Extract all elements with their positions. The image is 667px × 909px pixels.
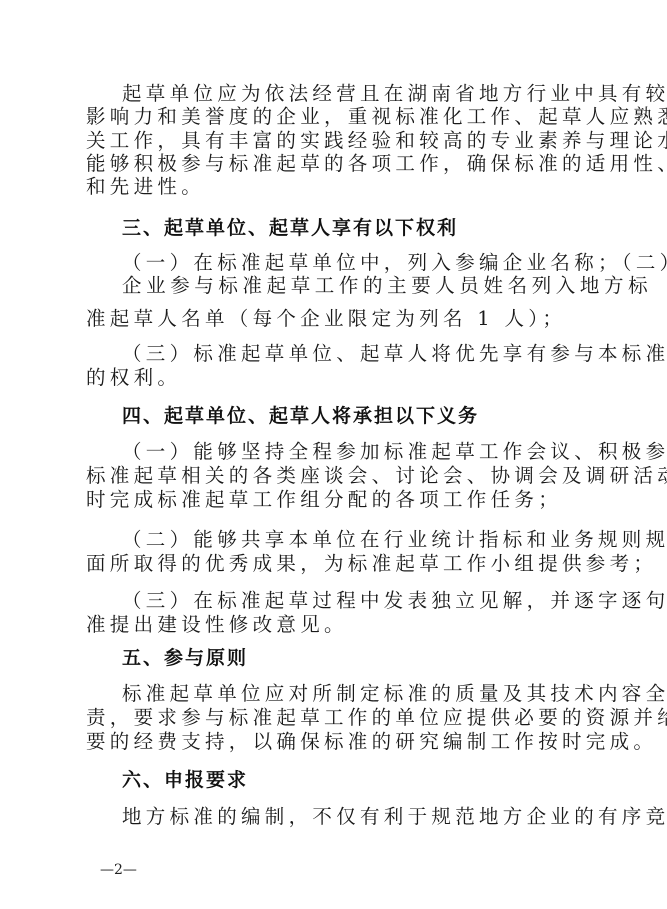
paragraph-line: 责，要求参与标准起草工作的单位应提供必要的资源并给予必 bbox=[86, 706, 592, 730]
document-page: 起草单位应为依法经营且在湖南省地方行业中具有较高社会 影响力和美誉度的企业，重视… bbox=[0, 0, 667, 909]
paragraph-line: 要的经费支持，以确保标准的研究编制工作按时完成。 bbox=[86, 730, 592, 754]
paragraph-line: 的权利。 bbox=[86, 366, 592, 390]
section-heading-principles: 五、参与原则 bbox=[122, 646, 248, 670]
paragraph-line: 能够积极参与标准起草的各项工作，确保标准的适用性、有效性 bbox=[86, 152, 592, 176]
paragraph-line: 准起草人名单（每个企业限定为列名 1 人）； bbox=[86, 307, 592, 331]
paragraph-line: 起草单位应为依法经营且在湖南省地方行业中具有较高社会 bbox=[122, 82, 592, 106]
page-number: —2— bbox=[100, 860, 137, 880]
paragraph-line: 影响力和美誉度的企业，重视标准化工作、起草人应熟悉行业相 bbox=[86, 105, 592, 129]
paragraph-line: （三）标准起草单位、起草人将优先享有参与本标准修订 bbox=[122, 342, 592, 366]
paragraph-line: 准提出建设性修改意见。 bbox=[86, 613, 592, 637]
paragraph-line: 标准起草相关的各类座谈会、讨论会、协调会及调研活动，按 bbox=[86, 464, 592, 488]
paragraph-line: 面所取得的优秀成果，为标准起草工作小组提供参考； bbox=[86, 552, 592, 576]
paragraph-line: （一）能够坚持全程参加标准起草工作会议、积极参加与 bbox=[122, 440, 592, 464]
paragraph-line: （二）能够共享本单位在行业统计指标和业务规则规范方 bbox=[122, 528, 592, 552]
section-heading-obligations: 四、起草单位、起草人将承担以下义务 bbox=[122, 404, 479, 428]
paragraph-line: 标准起草单位应对所制定标准的质量及其技术内容全面负 bbox=[122, 682, 592, 706]
section-heading-rights: 三、起草单位、起草人享有以下权利 bbox=[122, 216, 458, 240]
paragraph-line: （一）在标准起草单位中，列入参编企业名称；（二）将 bbox=[122, 251, 574, 275]
paragraph-line: 和先进性。 bbox=[86, 175, 592, 199]
paragraph-line: 地方标准的编制，不仅有利于规范地方企业的有序竞争，也 bbox=[122, 805, 592, 829]
paragraph-line: 时完成标准起草工作组分配的各项工作任务； bbox=[86, 488, 592, 512]
paragraph-line: （三）在标准起草过程中发表独立见解，并逐字逐句对标 bbox=[122, 589, 592, 613]
paragraph-line: 关工作，具有丰富的实践经验和较高的专业素养与理论水平，并 bbox=[86, 129, 592, 153]
paragraph-line: 企业参与标准起草工作的主要人员姓名列入地方标 bbox=[122, 274, 592, 298]
section-heading-requirements: 六、申报要求 bbox=[122, 768, 248, 792]
